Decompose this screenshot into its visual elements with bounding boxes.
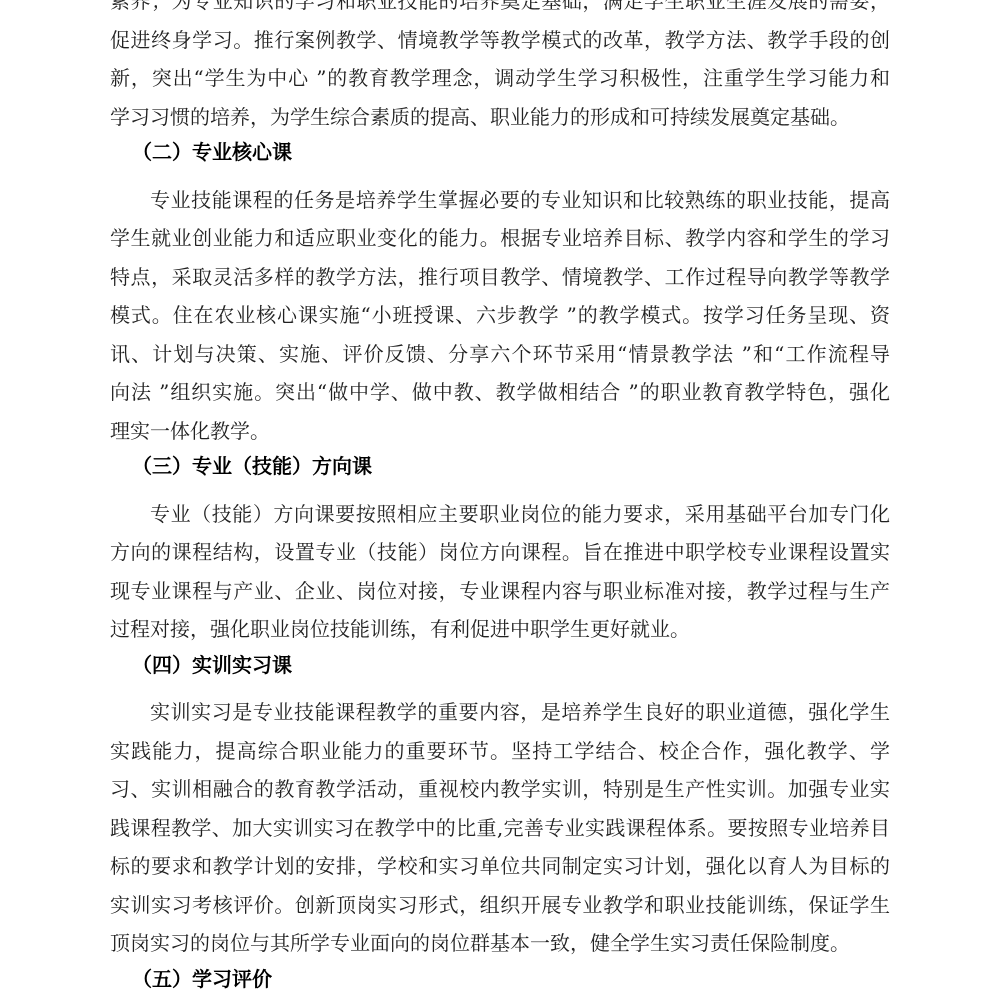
text-line: 新，突出“学生为中心 ”的教育教学理念，调动学生学习积极性，注重学生学习能力和 (110, 59, 890, 98)
text-line: 习、实训相融合的教育教学活动，重视校内教学实训，特别是生产性实训。加强专业实 (110, 770, 890, 809)
section-heading: （五）学习评价 (110, 960, 890, 999)
text-line: 方向的课程结构，设置专业（技能）岗位方向课程。旨在推进中职学校专业课程设置实 (110, 533, 890, 572)
text-line: 专业（技能）方向课要按照相应主要职业岗位的能力要求，采用基础平台加专门化 (110, 495, 890, 534)
document-page: 素养；为专业知识的学习和职业技能的培养奠定基础，满足学生职业生涯发展的需要，促进… (0, 0, 1000, 1000)
text-line: 践课程教学、加大实训实习在教学中的比重,完善专业实践课程体系。要按照专业培养目 (110, 809, 890, 848)
text-line: 过程对接，强化职业岗位技能训练，有利促进中职学生更好就业。 (110, 610, 890, 649)
paragraph: 专业技能课程的任务是培养学生掌握必要的专业知识和比较熟练的职业技能，提高学生就业… (110, 181, 890, 451)
text-line: 理实一体化教学。 (110, 412, 890, 451)
section-heading: （三）专业（技能）方向课 (110, 447, 890, 486)
text-line: 专业技能课程的任务是培养学生掌握必要的专业知识和比较熟练的职业技能，提高 (110, 181, 890, 220)
paragraph-continued: 素养；为专业知识的学习和职业技能的培养奠定基础，满足学生职业生涯发展的需要，促进… (110, 0, 890, 136)
text-line: 讯、计划与决策、实施、评价反馈、分享六个环节采用“情景教学法 ”和“工作流程导 (110, 335, 890, 374)
section-heading: （二）专业核心课 (110, 133, 890, 172)
text-line: 促进终身学习。推行案例教学、情境教学等教学模式的改革，教学方法、教学手段的创 (110, 21, 890, 60)
text-line: 学生就业创业能力和适应职业变化的能力。根据专业培养目标、教学内容和学生的学习 (110, 219, 890, 258)
paragraph: 实训实习是专业技能课程教学的重要内容，是培养学生良好的职业道德，强化学生实践能力… (110, 693, 890, 963)
text-line: 特点，采取灵活多样的教学方法，推行项目教学、情境教学、工作过程导向教学等教学 (110, 258, 890, 297)
text-line: 现专业课程与产业、企业、岗位对接，专业课程内容与职业标准对接，教学过程与生产 (110, 572, 890, 611)
text-line: 模式。住在农业核心课实施“小班授课、六步教学 ”的教学模式。按学习任务呈现、资 (110, 296, 890, 335)
text-line: 标的要求和教学计划的安排，学校和实习单位共同制定实习计划，强化以育人为目标的 (110, 847, 890, 886)
text-line: 实训实习考核评价。创新顶岗实习形式，组织开展专业教学和职业技能训练，保证学生 (110, 886, 890, 925)
text-line: 实训实习是专业技能课程教学的重要内容，是培养学生良好的职业道德，强化学生 (110, 693, 890, 732)
paragraph: 专业（技能）方向课要按照相应主要职业岗位的能力要求，采用基础平台加专门化方向的课… (110, 495, 890, 649)
text-block: 素养；为专业知识的学习和职业技能的培养奠定基础，满足学生职业生涯发展的需要，促进… (110, 0, 890, 1000)
text-line: 素养；为专业知识的学习和职业技能的培养奠定基础，满足学生职业生涯发展的需要， (110, 0, 890, 21)
section-heading: （四）实训实习课 (110, 646, 890, 685)
text-line: 顶岗实习的岗位与其所学专业面向的岗位群基本一致，健全学生实习责任保险制度。 (110, 924, 890, 963)
text-line: 学习习惯的培养，为学生综合素质的提高、职业能力的形成和可持续发展奠定基础。 (110, 98, 890, 137)
text-line: 向法 ”组织实施。突出“做中学、做中教、教学做相结合 ”的职业教育教学特色，强化 (110, 373, 890, 412)
text-line: 实践能力，提高综合职业能力的重要环节。坚持工学结合、校企合作，强化教学、学 (110, 732, 890, 771)
